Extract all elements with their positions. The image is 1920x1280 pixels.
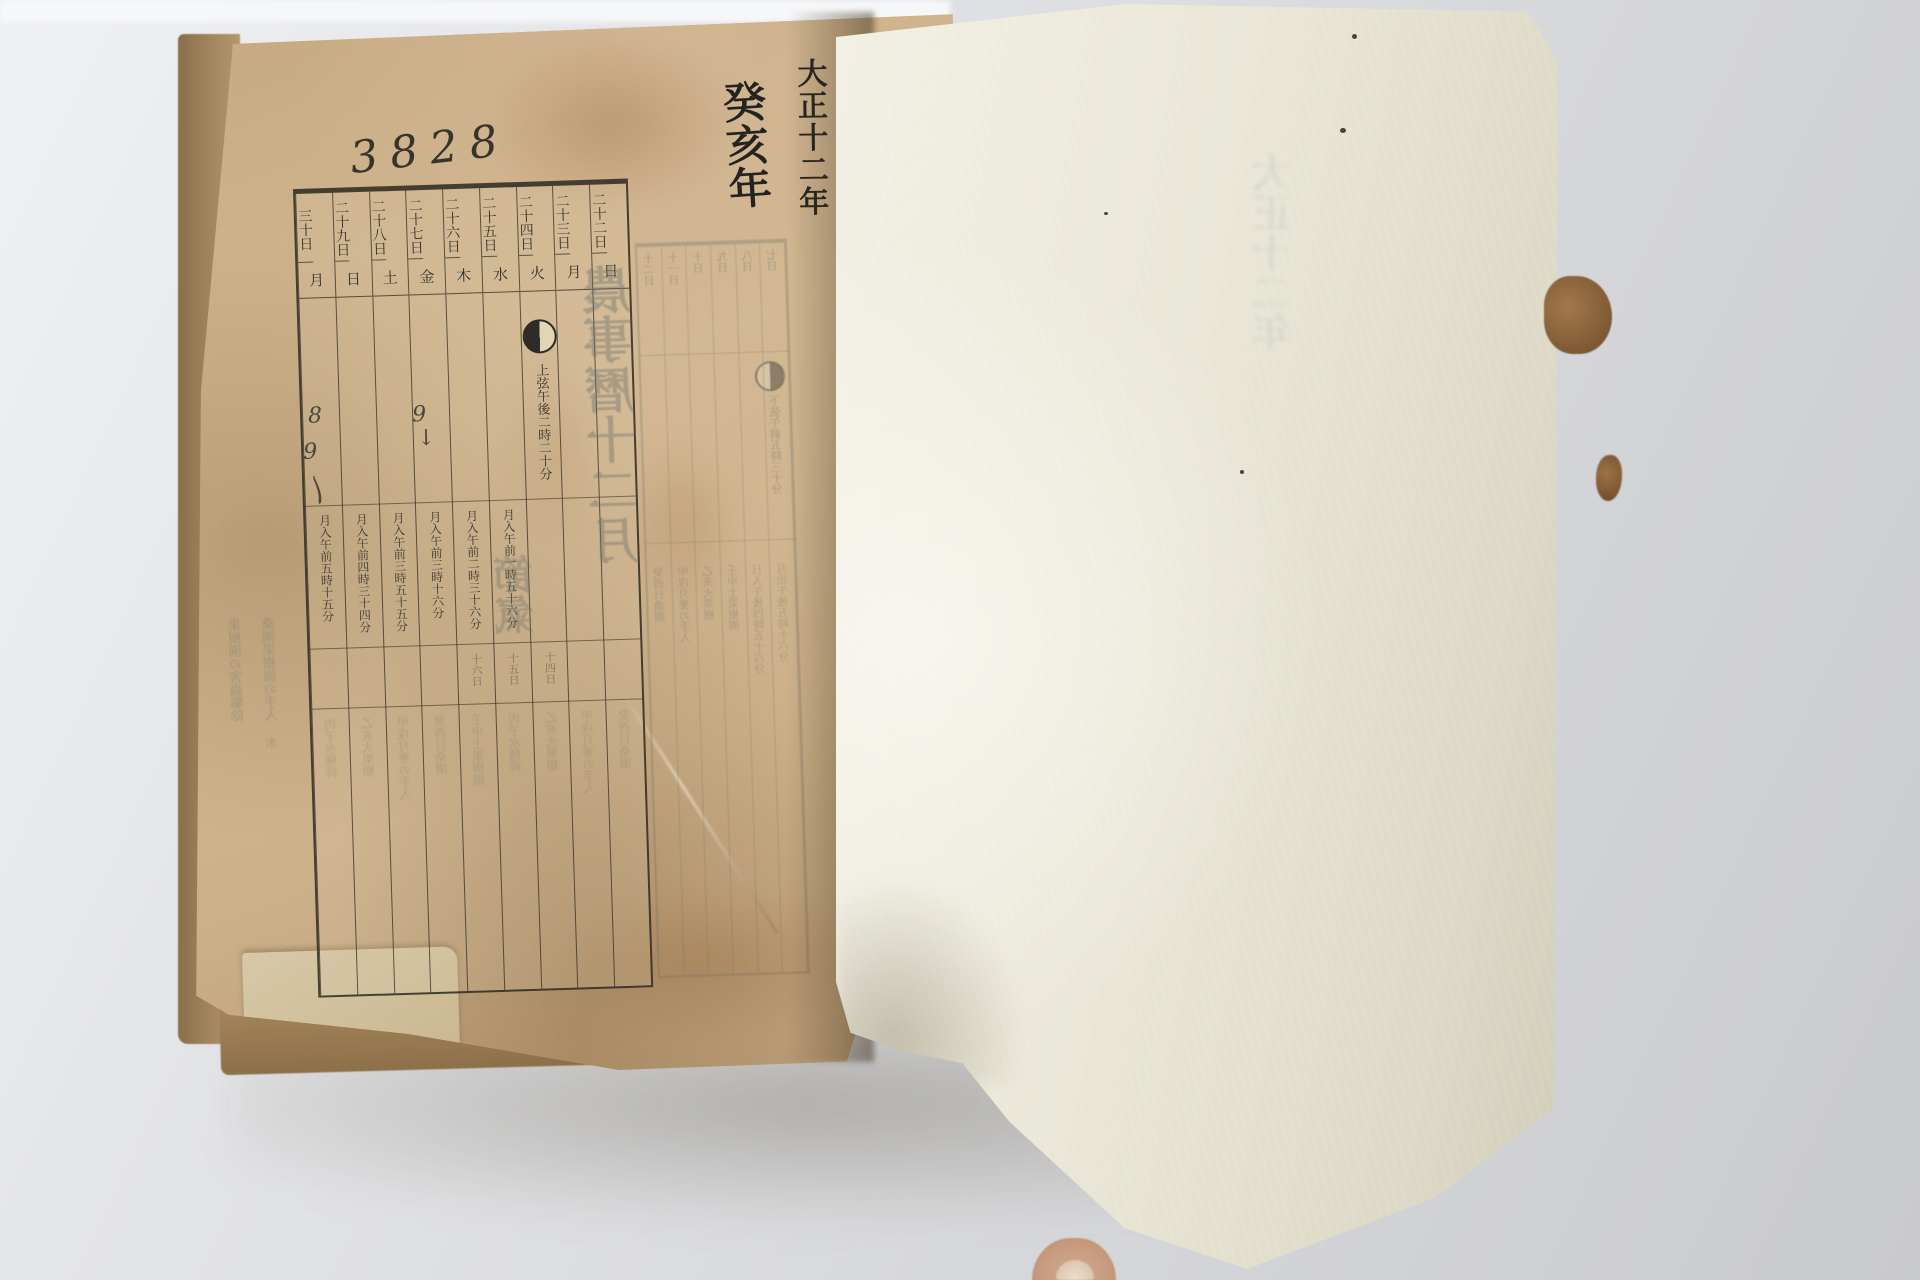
- moonset-time: 月入午前三時十六分: [428, 511, 445, 653]
- showthrough-table: 七日 下弦午前五時三十分 月出午後五時十六分 八日 日入午後四時五十六分 九日 …: [635, 239, 810, 978]
- date-header: 二十三日: [553, 185, 570, 254]
- moonset-time: 月入午前二時三十六分: [465, 509, 482, 651]
- showthrough-moon-time: 下弦午前五時三十分: [769, 395, 785, 545]
- showthrough-date: 十一日: [668, 252, 683, 357]
- date-header: 二十五日: [480, 188, 497, 257]
- showthrough-note: 桑園果樹園の手入 木: [263, 617, 289, 997]
- date-header: 二十九日: [333, 192, 350, 261]
- date-header: 三十日: [296, 194, 313, 263]
- showthrough-notes: 果樹園の害蟲驅除 桑園果樹園の手入 木: [229, 616, 327, 999]
- moon-phase-time: 上弦午後二時二十分: [533, 363, 551, 513]
- showthrough-date: 八日: [742, 250, 757, 355]
- weekday-header: 土: [372, 260, 409, 297]
- showthrough-date: 十日: [693, 251, 708, 356]
- weekday-header: 水: [482, 256, 519, 293]
- weekday-header: 月: [298, 262, 335, 299]
- showthrough-date: 九日: [717, 250, 732, 355]
- moonset-time: 月入午前三時五十五分: [391, 512, 408, 654]
- showthrough-text: 癸酉日桑園: [434, 714, 455, 974]
- weekday-header: 木: [445, 257, 482, 294]
- showthrough-grid: 七日 下弦午前五時三十分 月出午後五時十六分 八日 日入午後四時五十六分 九日 …: [635, 239, 810, 978]
- weekday-header: 金: [409, 258, 446, 295]
- showthrough-text: 壬申土果樹園: [471, 713, 492, 973]
- date-header: 二十二日: [590, 184, 607, 253]
- weekday-header: 火: [519, 255, 556, 292]
- showthrough-handwriting: 大正十二年: [1254, 152, 1296, 622]
- showthrough-date: 十二日: [643, 253, 658, 358]
- lunar-date: 十四日: [543, 651, 556, 684]
- date-header: 二十四日: [517, 187, 534, 256]
- moonset-time: 月入午前四時三十四分: [355, 513, 372, 655]
- weekday-header: 日: [335, 261, 372, 298]
- showthrough-text: 甲戌月麥の手入: [582, 710, 603, 970]
- showthrough-text: 癸酉日桑園: [653, 567, 676, 947]
- handwritten-catalog-number: 3828: [347, 114, 512, 184]
- lunar-date: 十六日: [470, 653, 483, 686]
- showthrough-text: 甲戌月麥の手入: [398, 716, 419, 976]
- paper-speck: [1352, 34, 1357, 39]
- moonset-time: 月入午前五時十五分: [318, 514, 335, 656]
- date-header: 二十八日: [370, 191, 387, 260]
- date-header: 二十七日: [406, 190, 423, 259]
- showthrough-text: 丙子水種蒔: [324, 718, 345, 978]
- paper-speck: [1340, 128, 1346, 133]
- showthrough-text: 乙亥火果樹: [361, 717, 382, 977]
- paper-speck: [1240, 470, 1244, 474]
- first-quarter-moon-icon: [522, 319, 557, 354]
- paper-speck: [1104, 212, 1108, 215]
- showthrough-text: 乙亥火果樹: [545, 711, 566, 971]
- brown-object-small: [1596, 455, 1622, 501]
- date-header: 二十六日: [443, 189, 460, 258]
- photo-antique-calendar-book: { "colors": { "surface": "#dcdde0", "lef…: [0, 0, 1920, 1280]
- brown-object-right-edge: [1544, 276, 1612, 354]
- showthrough-date: 七日: [766, 249, 781, 354]
- showthrough-text: 癸酉日桑園: [618, 709, 639, 969]
- showthrough-season-title: 節氣: [495, 554, 542, 725]
- showthrough-text: 丙子水種蒔: [508, 712, 529, 972]
- showthrough-note: 果樹園の害蟲驅除: [229, 618, 255, 998]
